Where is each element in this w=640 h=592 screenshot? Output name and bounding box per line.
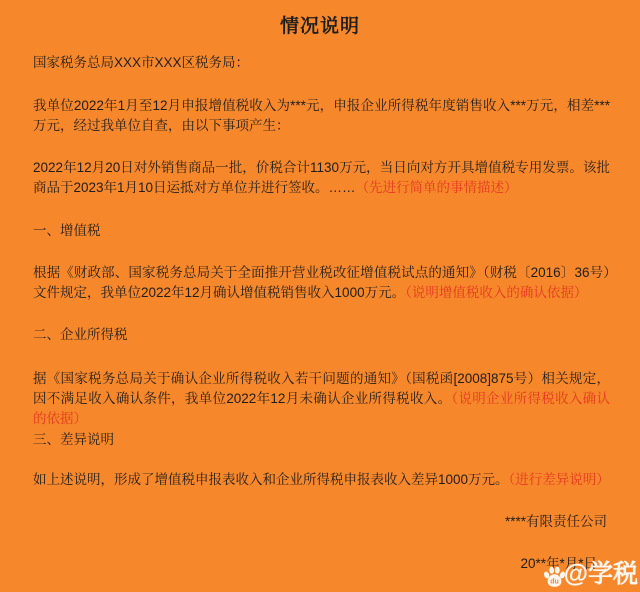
statement-document: 情况说明 国家税务总局XXX市XXX区税务局： 我单位2022年1月至12月申报… [0, 0, 640, 592]
paragraph-vat: 根据《财政部、国家税务总局关于全面推开营业税改征增值税试点的通知》（财税〔201… [33, 263, 610, 303]
paragraph-event: 2022年12月20日对外销售商品一批，价税合计1130万元，当日向对方开具增值… [33, 158, 610, 198]
section-heading-vat: 一、增值税 [33, 221, 610, 241]
paw-icon-label: du [550, 579, 559, 586]
watermark: du @学税 [542, 559, 638, 589]
section-heading-diff: 三、差异说明 [33, 430, 610, 450]
paragraph-intro: 我单位2022年1月至12月申报增值税收入为***元，申报企业所得税年度销售收入… [33, 96, 610, 136]
paragraph-diff-text: 如上述说明，形成了增值税申报表收入和企业所得税申报表收入差异1000万元。 [33, 472, 509, 487]
paragraph-diff-note: （进行差异说明） [509, 472, 610, 487]
watermark-text: @学税 [564, 562, 638, 587]
signature-company: ****有限责任公司 [505, 512, 607, 532]
paragraph-cit: 据《国家税务总局关于确认企业所得税收入若干问题的通知》（国税函[2008]875… [33, 369, 610, 429]
paragraph-diff: 如上述说明，形成了增值税申报表收入和企业所得税申报表收入差异1000万元。（进行… [33, 470, 610, 490]
paragraph-event-note: （先进行简单的事情描述） [356, 180, 518, 195]
section-heading-cit: 二、企业所得税 [33, 325, 610, 345]
paragraph-vat-note: （说明增值税收入的确认依据） [405, 285, 587, 300]
salutation-line: 国家税务总局XXX市XXX区税务局： [33, 53, 610, 73]
document-title: 情况说明 [0, 15, 640, 39]
paragraph-event-text: 2022年12月20日对外销售商品一批，价税合计1130万元，当日向对方开具增值… [33, 160, 610, 195]
